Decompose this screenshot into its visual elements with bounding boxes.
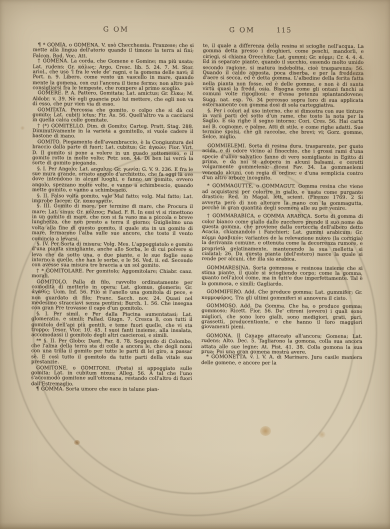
right-column: te, il quale a differenza della resina s… bbox=[201, 44, 364, 394]
left-column: ¶ * GOMIA, o GOMENA. V. usò Checchessia.… bbox=[31, 43, 194, 393]
dictionary-entry: GOMERE. P. A. Pattero, Gomitata; Lat. am… bbox=[33, 92, 194, 109]
dictionary-entry: GOMONA. Il Canapo attaccato all'ancora; … bbox=[201, 334, 362, 356]
text-columns: ¶ * GOMIA, o GOMENA. V. usò Checchessia.… bbox=[31, 43, 365, 394]
running-head-right: G OM bbox=[220, 26, 264, 34]
dictionary-entry: GOMITATA. Percossa che gomito, o colpo c… bbox=[32, 108, 193, 125]
dictionary-entry: GOMITOLO. Palla di filo, ravvolto ordina… bbox=[31, 280, 192, 313]
dictionary-entry: §. I. Per simil. e Per dalla Piacina aum… bbox=[31, 312, 192, 340]
dictionary-entry: §. Per i colori ad uso interno, che si d… bbox=[202, 109, 363, 142]
foxing-stain bbox=[342, 50, 372, 98]
page-edge-shadow bbox=[0, 522, 390, 529]
dictionary-entry: GOMMIELEMI. Sorta di resina dura, traspa… bbox=[202, 144, 363, 182]
dictionary-entry: ¶ * GOMIA, o GOMENA. V. usò Checchessia.… bbox=[33, 43, 194, 60]
dictionary-entry: GOMMOSO. Add. Da Gomma. Che ha, o produc… bbox=[201, 304, 362, 332]
foxing-stain bbox=[74, 440, 80, 445]
dictionary-entry: * GOMONETTA. v. l. V. A. di Marinaro. Ju… bbox=[201, 355, 362, 367]
dictionary-entry: §. IV. Per Sorta di misura; Volg. Mes. L… bbox=[32, 242, 193, 270]
dictionary-entry: † (*) GOMITELLO. Dim. di Gomito; Carteg.… bbox=[32, 124, 193, 141]
foxing-stain bbox=[318, 431, 326, 438]
dictionary-entry: §. III. Gomito di mare, per termine di m… bbox=[32, 204, 193, 242]
dictionary-entry: ¶ GOMMA. Sorta umore che esce in talune … bbox=[31, 387, 192, 393]
page-content: G OM G OM 115 ¶ * GOMIA, o GOMENA. V. us… bbox=[0, 0, 390, 529]
dictionary-entry: ** §. II. Per Globo; Dant. Par. 8. 78. S… bbox=[31, 339, 192, 367]
dictionary-entry: GOMITONE, o GOMITONI. (Posta) si appoggi… bbox=[31, 366, 192, 388]
page-number: 115 bbox=[270, 26, 298, 34]
dictionary-entry: §. I. Per Angolo; Lat. angulus; Gr. γωνί… bbox=[32, 167, 193, 195]
dictionary-entry: GOMMIFERO. Add. Che produce gomma; Lat. … bbox=[202, 290, 363, 302]
dictionary-entry: † GOMMARABICA, e GOMMA ARABICA. Sorta di… bbox=[202, 214, 363, 263]
dictionary-entry: GOMMARESINA. Sorta gommosa e resinosa in… bbox=[202, 266, 363, 288]
scanned-page: G OM G OM 115 ¶ * GOMIA, o GOMENA. V. us… bbox=[0, 0, 390, 529]
running-head-left: G OM bbox=[94, 25, 138, 33]
dictionary-entry: † * GOMITOLARE. Per gomitolo; Aggomitola… bbox=[32, 269, 193, 281]
dictionary-entry: * GOMMAGUTTE, o GOMMAGUT. Gomma resina c… bbox=[202, 184, 363, 212]
foxing-stain bbox=[260, 426, 271, 436]
dictionary-entry: † GOMENA. La corda, che Gomene e Gomine;… bbox=[33, 59, 194, 92]
dictionary-entry: GOMITO. Piegamento dell'avambraccio, è l… bbox=[32, 140, 193, 168]
dictionary-entry: te, il quale a differenza della resina s… bbox=[203, 44, 364, 109]
foxing-stain bbox=[20, 126, 25, 130]
